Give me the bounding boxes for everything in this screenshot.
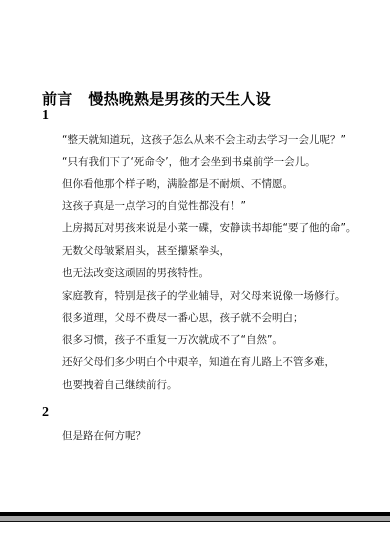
paragraph: “只有我们下了‘死命令’，他才会坐到书桌前学一会儿。 — [62, 156, 316, 168]
paragraph: 但你看他那个样子哟，满脸都是不耐烦、不情愿。 — [62, 178, 293, 190]
paragraph: 很多道理，父母不费尽一番心思，孩子就不会明白； — [62, 312, 304, 324]
chapter-label: 前言 — [42, 90, 72, 108]
chapter-heading: 慢热晚熟是男孩的天生人设 — [88, 90, 270, 108]
paragraph: 家庭教育，特别是孩子的学业辅导，对父母来说像一场修行。 — [62, 290, 346, 302]
section-number-2: 2 — [42, 406, 49, 420]
document-page: 前言慢热晚熟是男孩的天生人设 1 “整天就知道玩，这孩子怎么从来不会主动去学习一… — [0, 0, 390, 510]
paragraph: 也无法改变这顽固的男孩特性。 — [62, 267, 209, 279]
chapter-title: 前言慢热晚熟是男孩的天生人设 — [42, 90, 271, 108]
paragraph: 上房揭瓦对男孩来说是小菜一碟，安静读书却能“要了他的命”。 — [62, 222, 356, 234]
paragraph: 也要拽着自己继续前行。 — [62, 379, 178, 391]
paragraph: 这孩子真是一点学习的自觉性都没有！” — [62, 200, 246, 212]
section-number-1: 1 — [42, 109, 49, 123]
paragraph: “整天就知道玩，这孩子怎么从来不会主动去学习一会儿呢？” — [62, 134, 346, 146]
paragraph: 无数父母皱紧眉头，甚至攥紧拳头， — [62, 245, 230, 257]
paragraph: 但是路在何方呢？ — [62, 430, 146, 442]
paragraph: 还好父母们多少明白个中艰辛，知道在育儿路上不管多难， — [62, 356, 335, 368]
page-footer-rule — [0, 521, 390, 522]
paragraph: 很多习惯，孩子不重复一万次就成不了“自然”。 — [62, 334, 283, 346]
